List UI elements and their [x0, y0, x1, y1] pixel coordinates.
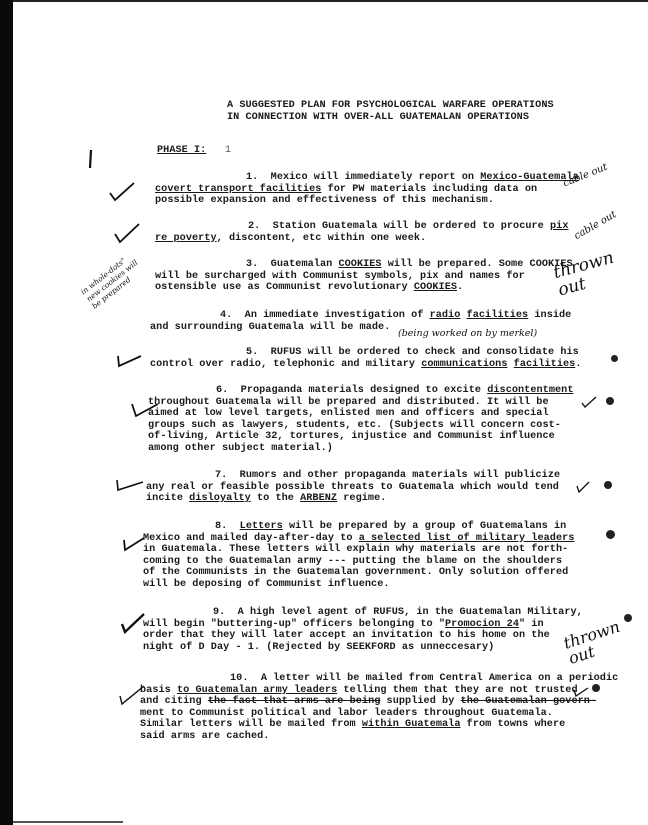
punch-hole-icon	[624, 614, 632, 622]
phase-heading: PHASE I: 1	[157, 145, 231, 157]
item-first-line: 1. Mexico will immediately report on Mex…	[246, 172, 579, 184]
margin-note-item-3: in whole-dots" new cookies will be prepa…	[79, 246, 151, 310]
checkmark-icon	[113, 222, 141, 244]
item-line: Mexico and mailed day-after-day to a sel…	[143, 533, 574, 545]
title-line-2: IN CONNECTION WITH OVER-ALL GUATEMALAN O…	[227, 112, 529, 123]
checkmark-icon	[118, 684, 146, 706]
item-line: will begin "buttering-up" officers belon…	[143, 619, 544, 631]
item-first-line: 8. Letters will be prepared by a group o…	[215, 521, 566, 533]
item-line: said arms are cached.	[140, 731, 269, 743]
item-line: aimed at low level targets, enlisted men…	[148, 408, 549, 420]
item-line: in Guatemala. These letters will explain…	[143, 544, 568, 556]
item-line: order that they will later accept an inv…	[143, 630, 550, 642]
item-line: of the Communists in the Guatemalan gove…	[143, 567, 568, 579]
item-line: among other subject material.)	[148, 443, 333, 455]
annotation-item-1: cable out	[562, 162, 609, 190]
punch-hole-icon	[592, 684, 600, 692]
item-line: control over radio, telephonic and milit…	[150, 359, 581, 371]
checkmark-icon	[115, 352, 143, 368]
item-first-line: 4. An immediate investigation of radio f…	[220, 310, 571, 322]
item-line: covert transport facilities for PW mater…	[155, 184, 537, 196]
document-title: A SUGGESTED PLAN FOR PSYCHOLOGICAL WARFA…	[227, 100, 554, 123]
annotation-item-9: thrown out	[562, 615, 638, 667]
scan-border-top	[13, 0, 648, 2]
item-line: and citing the fact that arms are being …	[140, 696, 596, 708]
item-first-line: 10. A letter will be mailed from Central…	[230, 673, 618, 685]
scan-border-left	[0, 0, 13, 825]
margin-tick-icon	[86, 148, 96, 170]
checkmark-icon	[130, 400, 160, 418]
annotation-item-3: thrown out	[552, 247, 629, 300]
punch-hole-icon	[604, 481, 612, 489]
phase-label: PHASE I:	[157, 145, 206, 156]
checkmark-icon	[572, 684, 590, 698]
item-first-line: 5. RUFUS will be ordered to check and co…	[246, 347, 579, 359]
punch-hole-icon	[611, 355, 618, 362]
item-line: throughout Guatemala will be prepared an…	[148, 397, 549, 409]
document-page: A SUGGESTED PLAN FOR PSYCHOLOGICAL WARFA…	[0, 0, 648, 825]
item-line: of-living, Article 32, tortures, injusti…	[148, 431, 555, 443]
item-line: basis to Guatemalan army leaders telling…	[140, 685, 578, 697]
scan-border-bottom	[13, 821, 123, 823]
item-first-line: 2. Station Guatemala will be ordered to …	[248, 221, 569, 233]
item-line: will be surcharged with Communist symbol…	[155, 271, 525, 283]
item-first-line: 6. Propaganda materials designed to exci…	[216, 385, 574, 397]
annotation-item-4: (being worked on by merkel)	[398, 328, 537, 339]
item-line: any real or feasible possible threats to…	[146, 482, 559, 494]
annotation-item-2: cable out	[572, 209, 618, 242]
checkmark-icon	[575, 480, 593, 494]
item-line: and surrounding Guatemala will be made.	[150, 322, 390, 334]
item-first-line: 3. Guatemalan COOKIES will be prepared. …	[246, 259, 573, 271]
item-line: incite disloyalty to the ARBENZ regime.	[146, 493, 386, 505]
item-line: ment to Communist political and labor le…	[140, 708, 553, 720]
title-line-1: A SUGGESTED PLAN FOR PSYCHOLOGICAL WARFA…	[227, 100, 554, 111]
punch-hole-icon	[606, 397, 614, 405]
checkmark-icon	[120, 530, 146, 552]
item-line: re poverty, discontent, etc within one w…	[155, 233, 426, 245]
checkmark-icon	[108, 180, 136, 202]
item-line: possible expansion and effectiveness of …	[155, 195, 494, 207]
item-first-line: 9. A high level agent of RUFUS, in the G…	[213, 607, 583, 619]
phase-mark: 1	[225, 145, 231, 156]
item-line: coming to the Guatemalan army --- puttin…	[143, 556, 562, 568]
item-line: Similar letters will be mailed from with…	[140, 719, 565, 731]
item-line: ostensible use as Communist revolutionar…	[155, 282, 463, 294]
checkmark-icon	[115, 478, 145, 492]
item-line: groups such as lawyers, students, etc. (…	[148, 420, 561, 432]
item-line: night of D Day - 1. (Rejected by SEEKFOR…	[143, 642, 494, 654]
item-first-line: 7. Rumors and other propaganda materials…	[215, 470, 560, 482]
punch-hole-icon	[606, 530, 615, 539]
checkmark-icon	[580, 395, 598, 409]
checkmark-icon	[120, 612, 146, 634]
item-line: will be deposing of Communist influence.	[143, 579, 390, 591]
